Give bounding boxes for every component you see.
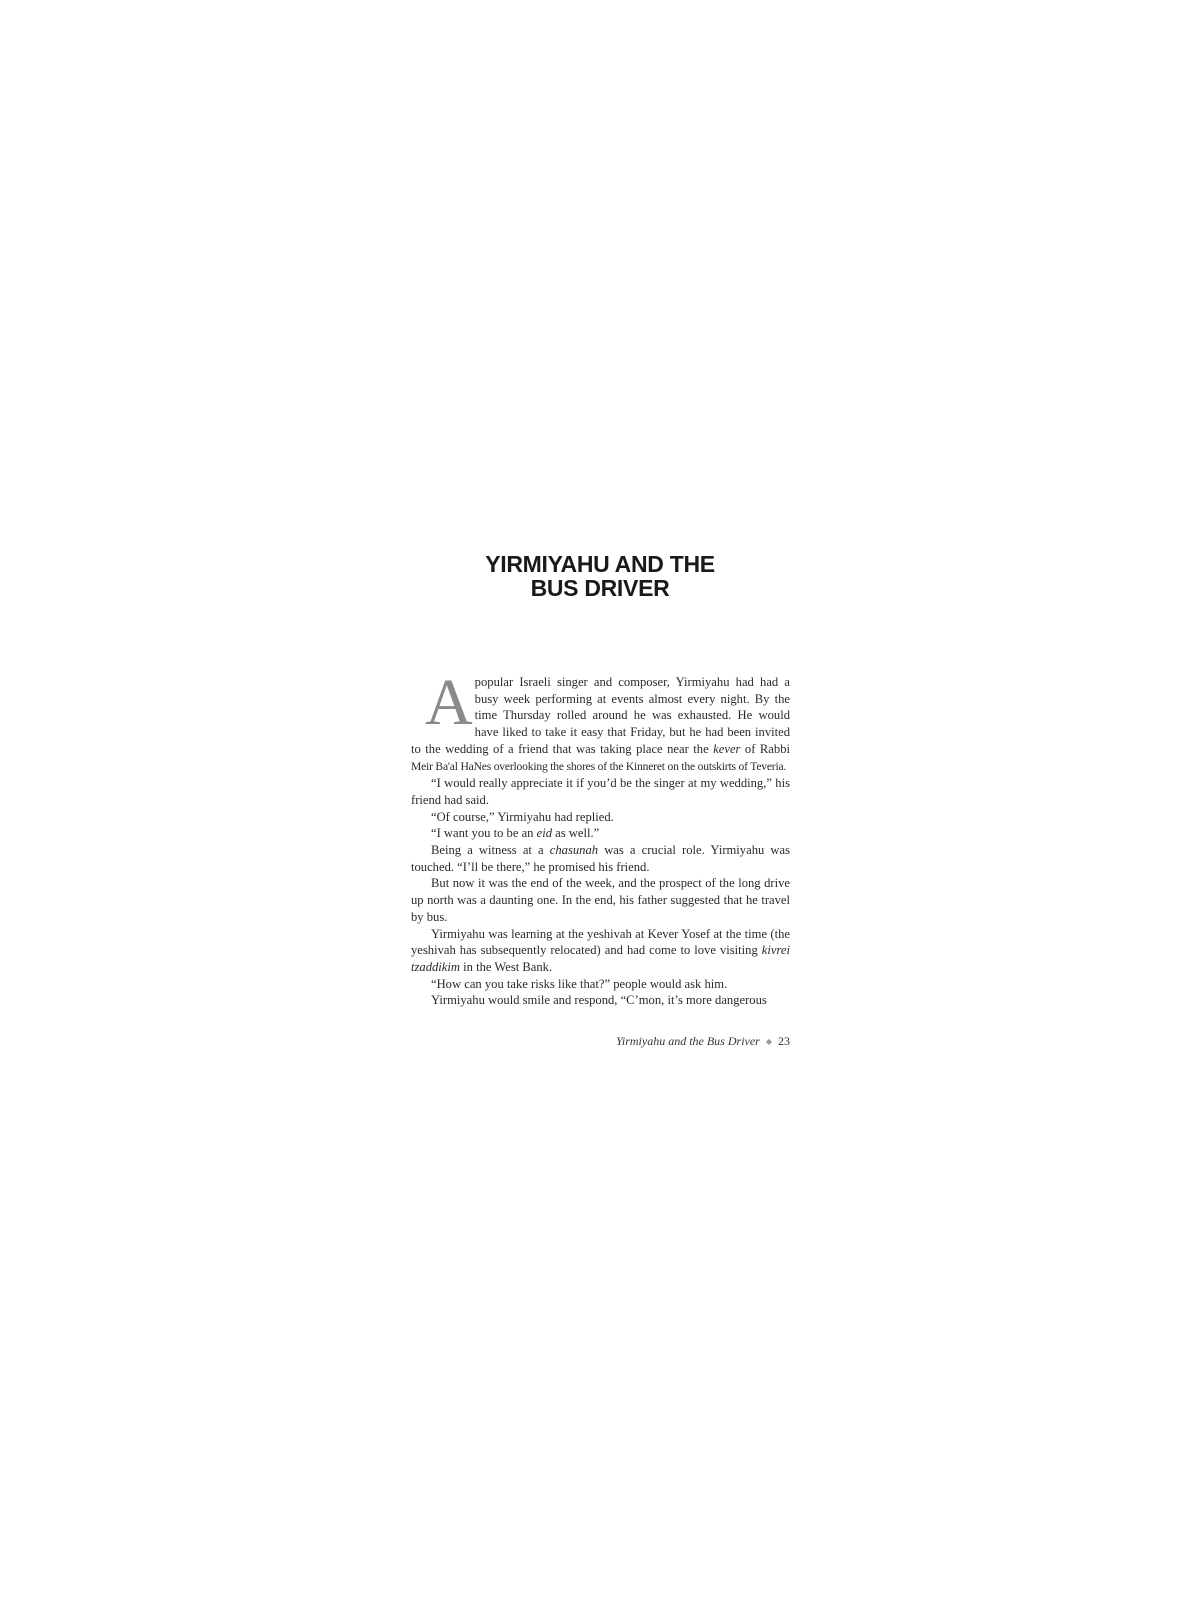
page-number: 23 — [778, 1034, 790, 1048]
page-footer: Yirmiyahu and the Bus Driver◆23 — [560, 1034, 790, 1049]
paragraph-8: “How can you take risks like that?” peop… — [411, 976, 790, 993]
diamond-bullet-icon: ◆ — [766, 1037, 772, 1046]
chapter-title-line-2: BUS DRIVER — [531, 575, 670, 601]
drop-cap: A — [425, 674, 473, 728]
paragraph-4: “I want you to be an eid as well.” — [411, 825, 790, 842]
running-head: Yirmiyahu and the Bus Driver — [616, 1034, 760, 1048]
paragraph-2: “I would really appreciate it if you’d b… — [411, 775, 790, 808]
book-page: YIRMIYAHU AND THE BUS DRIVER Apopular Is… — [0, 0, 1200, 1600]
body-text: Apopular Israeli singer and composer, Yi… — [411, 674, 790, 1009]
chapter-title-line-1: YIRMIYAHU AND THE — [485, 551, 715, 577]
paragraph-1: Apopular Israeli singer and composer, Yi… — [411, 674, 790, 775]
paragraph-3: “Of course,” Yirmiyahu had replied. — [411, 809, 790, 826]
paragraph-9: Yirmiyahu would smile and respond, “C’mo… — [411, 992, 790, 1009]
paragraph-5: Being a witness at a chasunah was a cruc… — [411, 842, 790, 875]
paragraph-6: But now it was the end of the week, and … — [411, 875, 790, 925]
paragraph-7: Yirmiyahu was learning at the yeshivah a… — [411, 926, 790, 976]
chapter-title: YIRMIYAHU AND THE BUS DRIVER — [400, 552, 800, 600]
